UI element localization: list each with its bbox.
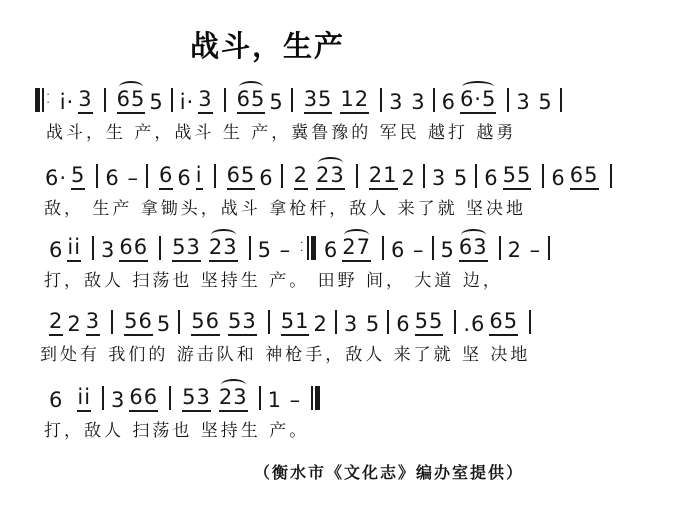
lyrics-line-3: 打，敌人 扫荡也 坚持生 产。 田野 间， 大道 边， — [44, 266, 552, 291]
measure: 5653 — [182, 309, 265, 336]
measure: 366 — [96, 235, 157, 262]
barline — [146, 164, 148, 188]
barline — [281, 164, 283, 188]
measure: 3512 — [295, 87, 378, 114]
measure: 6 – — [100, 166, 144, 190]
repeat-start-sign: ·· — [35, 88, 52, 112]
measure: .665 — [458, 309, 527, 336]
measure: 223 — [40, 309, 109, 336]
barline — [542, 164, 544, 188]
score-line-3: 6ii 366 5323 5 – ·· 627 6 – 563 2 – 打，敌人… — [44, 232, 552, 291]
measure: i·3 — [55, 87, 102, 114]
measure: 3 5 — [339, 312, 385, 336]
score-line-5: 6ii 366 5323 1 – 打，敌人 扫荡也 坚持生 产。 — [44, 382, 323, 441]
barline — [529, 310, 531, 334]
measure: 3 3 — [384, 90, 430, 114]
barline — [548, 236, 550, 260]
measure: 66·5 — [437, 87, 506, 114]
barline — [111, 310, 113, 334]
measure: 2 – — [503, 238, 547, 262]
score-line-2: 6·5 6 – 66i 656 223 212 3 5 655 665 敌， 生… — [40, 160, 614, 219]
barline — [560, 88, 562, 112]
notes-line-4: 223 565 5653 512 3 5 655 .665 — [40, 306, 533, 336]
measure: 366 — [106, 385, 167, 412]
measure: 665 — [546, 163, 607, 190]
barline — [382, 236, 384, 260]
lyrics-line-4: 到处有 我们的 游击队和 神枪手，敌人 来了就 坚 决地 — [40, 340, 533, 365]
barline — [291, 88, 293, 112]
lyrics-line-5: 打，敌人 扫荡也 坚持生 产。 — [44, 416, 323, 441]
barline — [356, 164, 358, 188]
barline — [102, 386, 104, 410]
score-line-4: 223 565 5653 512 3 5 655 .665 到处有 我们的 游击… — [40, 306, 533, 365]
score-line-1: ·· i·3 655 i·3 655 3512 3 3 66·5 3 5 战斗，… — [32, 84, 564, 143]
barline — [178, 310, 180, 334]
barline — [224, 88, 226, 112]
lyrics-line-1: 战斗，生 产，战斗 生 产，冀鲁豫的 军民 越打 越勇 — [32, 118, 564, 143]
notes-line-1: ·· i·3 655 i·3 655 3512 3 3 66·5 3 5 — [32, 84, 564, 114]
measure: 66i — [150, 163, 212, 190]
barline — [454, 310, 456, 334]
barline — [475, 164, 477, 188]
source-credit: （衡水市《文化志》编办室提供） — [254, 460, 524, 483]
measure: 563 — [436, 235, 497, 262]
barline — [610, 164, 612, 188]
measure: 512 — [272, 309, 333, 336]
lyrics-line-2: 敌， 生产 拿锄头，战斗 拿枪杆，敌人 来了就 坚决地 — [40, 194, 614, 219]
measure: 6 – — [386, 238, 430, 262]
measure: 565 — [115, 309, 176, 336]
song-title: 战斗，生产 — [190, 24, 345, 65]
measure: 5 – — [253, 238, 297, 262]
measure: 3 5 — [511, 90, 557, 114]
barline — [380, 88, 382, 112]
barline — [499, 236, 501, 260]
notes-line-3: 6ii 366 5323 5 – ·· 627 6 – 563 2 – — [44, 232, 552, 262]
measure: 3 5 — [427, 166, 473, 190]
repeat-end-sign: ·· — [299, 236, 316, 260]
measure: 6ii — [44, 385, 100, 412]
measure: 5323 — [173, 385, 256, 412]
measure: 655 — [479, 163, 540, 190]
barline — [423, 164, 425, 188]
barline — [171, 88, 173, 112]
measure: 223 — [285, 163, 354, 190]
measure: 6ii — [44, 235, 90, 262]
barline — [432, 236, 434, 260]
measure: 5323 — [163, 235, 246, 262]
measure: 1 – — [263, 388, 307, 412]
measure: 655 — [228, 87, 289, 114]
barline — [268, 310, 270, 334]
barline — [507, 88, 509, 112]
barline — [214, 164, 216, 188]
measure: 655 — [108, 87, 169, 114]
measure: 655 — [391, 309, 452, 336]
measure: 627 — [319, 235, 380, 262]
barline — [387, 310, 389, 334]
barline — [433, 88, 435, 112]
final-barline — [309, 386, 320, 410]
barline — [335, 310, 337, 334]
barline — [96, 164, 98, 188]
barline — [104, 88, 106, 112]
barline — [159, 236, 161, 260]
measure: 6·5 — [40, 163, 94, 190]
barline — [169, 386, 171, 410]
measure: 656 — [218, 163, 279, 190]
barline — [249, 236, 251, 260]
notes-line-5: 6ii 366 5323 1 – — [44, 382, 323, 412]
notes-line-2: 6·5 6 – 66i 656 223 212 3 5 655 665 — [40, 160, 614, 190]
barline — [259, 386, 261, 410]
measure: 212 — [360, 163, 421, 190]
measure: i·3 — [175, 87, 222, 114]
barline — [92, 236, 94, 260]
